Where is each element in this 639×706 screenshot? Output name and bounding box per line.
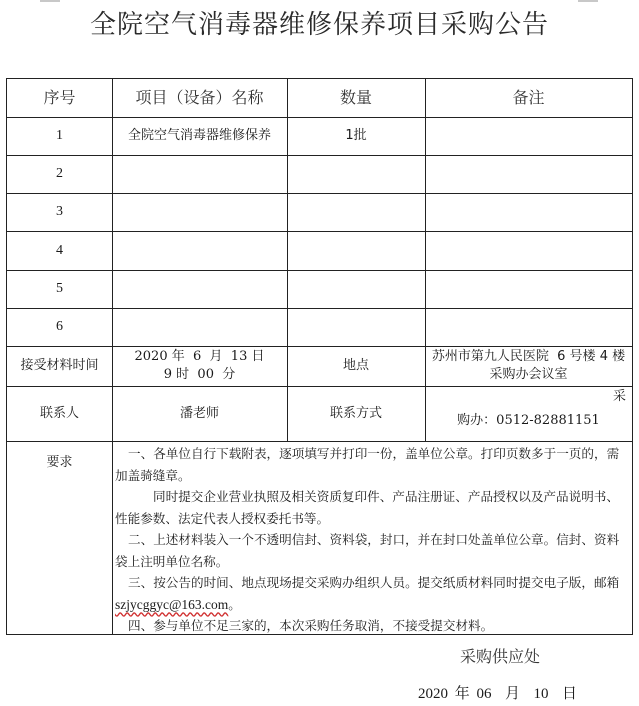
row-1-quantity: 1批 <box>287 117 425 155</box>
requirement-4: 四、参与单位不足三家的，本次采购任务取消，不接受提交材料。 <box>115 615 631 637</box>
header-serial: 序号 <box>7 79 112 117</box>
contact-method-line-1: 采 <box>425 388 632 406</box>
requirement-1: 一、各单位自行下载附表，逐项填写并打印一份，盖单位公章。打印页数多于一页的，需加… <box>115 443 631 486</box>
procurement-table: 序号 项目（设备）名称 数量 备注 1 全院空气消毒器维修保养 1批 2 3 4… <box>6 78 633 635</box>
row-2-serial: 2 <box>7 155 112 193</box>
location-value: 苏州市第九人民医院 6 号楼 4 楼 采购办会议室 <box>425 346 632 386</box>
requirements-body: 一、各单位自行下载附表，逐项填写并打印一份，盖单位公章。打印页数多于一页的，需加… <box>115 443 631 637</box>
location-line-1: 苏州市第九人民医院 6 号楼 4 楼 <box>432 348 625 366</box>
top-decoration-right <box>578 0 598 2</box>
receive-hour: 9 时 00 分 <box>164 366 235 384</box>
header-remark: 备注 <box>425 79 632 117</box>
row-1-name: 全院空气消毒器维修保养 <box>112 117 287 155</box>
header-quantity: 数量 <box>287 79 425 117</box>
header-item-name: 项目（设备）名称 <box>112 79 287 117</box>
receive-time-value: 2020 年 6 月 13 日 9 时 00 分 <box>112 346 287 386</box>
receive-date: 2020 年 6 月 13 日 <box>135 348 265 366</box>
contact-method-line-2: 购办：0512-82881151 <box>425 412 632 430</box>
requirement-1-supplement: 同时提交企业营业执照及相关资质复印件、产品注册证、产品授权以及产品说明书、性能参… <box>115 486 631 529</box>
contact-method-label: 联系方式 <box>287 386 425 441</box>
row-6-serial: 6 <box>7 308 112 346</box>
row-4-serial: 4 <box>7 231 112 270</box>
row-1-remark <box>425 117 632 155</box>
row-divider <box>7 441 632 442</box>
top-decoration-left <box>40 0 60 2</box>
requirement-3: 三、按公告的时间、地点现场提交采购办组织人员。提交纸质材料同时提交电子版，邮箱 … <box>115 572 631 615</box>
location-line-2: 采购办会议室 <box>489 366 567 384</box>
contact-label: 联系人 <box>7 386 112 441</box>
receive-time-label: 接受材料时间 <box>7 346 112 386</box>
contact-name: 潘老师 <box>112 386 287 441</box>
row-1-serial: 1 <box>7 117 112 155</box>
requirements-label: 要求 <box>7 451 112 475</box>
row-5-serial: 5 <box>7 270 112 308</box>
contact-method-value: 采 购办：0512-82881151 <box>425 386 632 441</box>
email-address: szjycggyc@163.com <box>115 597 228 612</box>
requirement-3-end: 。 <box>228 597 241 612</box>
requirement-2: 二、上述材料装入一个不透明信封、资料袋，封口，并在封口处盖单位公章。信封、资料袋… <box>115 529 631 572</box>
location-label: 地点 <box>287 346 425 386</box>
page-title: 全院空气消毒器维修保养项目采购公告 <box>0 4 639 41</box>
issuing-department: 采购供应处 <box>460 644 540 667</box>
requirement-3-text: 三、按公告的时间、地点现场提交采购办组织人员。提交纸质材料同时提交电子版，邮箱 <box>128 575 619 590</box>
row-3-serial: 3 <box>7 193 112 231</box>
issue-date: 2020 年 06 月 10 日 <box>418 682 577 703</box>
